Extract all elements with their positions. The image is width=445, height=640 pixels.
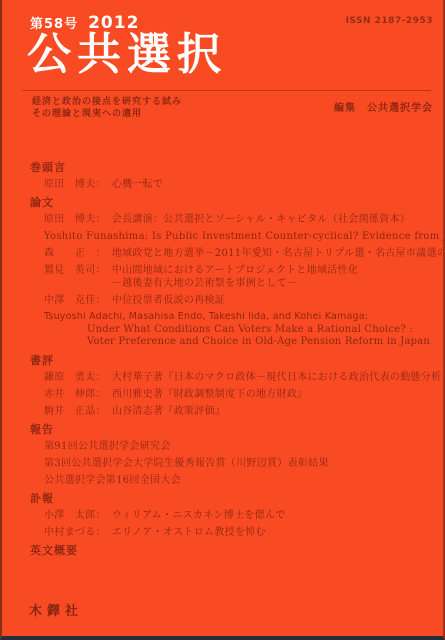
- toc-item-author: 森 正 ：: [44, 247, 106, 260]
- toc-item-author: 鷲見 英司：: [44, 264, 106, 290]
- toc-item-title: 第3回公共選択学会大学院生優秀報告賞（川野辺賞）表彰結果: [44, 457, 329, 470]
- journal-cover: 第58号2012 ISSN 2187-2953 公共選択 経済と政治の接点を研究…: [0, 0, 445, 640]
- english-authors: Tsuyoshi Adachi, Masahisa Endo, Takeshi …: [30, 311, 435, 324]
- toc-item: 原田 博夫： 心機一転で: [30, 178, 435, 191]
- section-heading: 論文: [30, 196, 435, 209]
- section-heading: 訃報: [30, 492, 435, 505]
- table-of-contents: 巻頭言 原田 博夫： 心機一転で 論文 原田 博夫： 会長講演：公共選択とソーシ…: [30, 161, 435, 562]
- section-fuho: 訃報 小澤 太郎： ウィリアム・ニスカネン博士を偲んで 中村まづる： エリノア・…: [30, 492, 435, 539]
- toc-item-author: 赤井 伸郎：: [44, 388, 106, 401]
- toc-item-title: 第91回公共選択学会研究会: [44, 440, 171, 453]
- toc-item-title-line-2: －越後妻有大地の芸術祭を事例として－: [112, 277, 358, 290]
- toc-item-title: 公共選択学会第16回全国大会: [44, 474, 181, 487]
- toc-item-author: 鎌原 勇太：: [44, 371, 106, 384]
- english-title-line-1: Under What Conditions Can Voters Make a …: [30, 324, 435, 337]
- section-ronbun: 論文 原田 博夫： 会長講演：公共選択とソーシャル・キャピタル（社会関係資本） …: [30, 196, 435, 349]
- toc-item-title: 地域政党と地方選挙－2011年愛知・名古屋トリプル選・名古屋市議選の分析: [112, 247, 445, 260]
- section-heading: 巻頭言: [30, 161, 435, 174]
- section-shohyo: 書評 鎌原 勇太： 大村華子著『日本のマクロ政体－現代日本における政治代表の動態…: [30, 354, 435, 418]
- toc-item: 原田 博夫： 会長講演：公共選択とソーシャル・キャピタル（社会関係資本）: [30, 213, 435, 226]
- publisher-name: 木鐸社: [29, 600, 83, 619]
- subtitle-line-1: 経済と政治の接点を研究する試み: [32, 97, 182, 107]
- section-hokoku: 報告 第91回公共選択学会研究会 第3回公共選択学会大学院生優秀報告賞（川野辺賞…: [30, 423, 435, 487]
- toc-item-title-line-1: 中山間地域におけるアートプロジェクトと地域活性化: [112, 264, 358, 277]
- toc-item-title: ウィリアム・ニスカネン博士を偲んで: [112, 509, 286, 522]
- section-kantogen: 巻頭言 原田 博夫： 心機一転で: [30, 161, 435, 191]
- toc-item-title: エリノア・オストロム教授を悼む: [112, 526, 266, 539]
- toc-item-author: 小澤 太郎：: [44, 509, 106, 522]
- toc-item-author: 原田 博夫：: [44, 213, 106, 226]
- toc-item-author: 中村まづる：: [44, 526, 106, 539]
- toc-item: Yoshito Funashima: Is Public Investment …: [30, 230, 435, 243]
- subtitle-line-2: その理論と現実への適用: [32, 109, 142, 119]
- section-heading: 書評: [30, 354, 435, 367]
- toc-item: 鷲見 英司： 中山間地域におけるアートプロジェクトと地域活性化 －越後妻有大地の…: [30, 264, 435, 290]
- section-heading: 英文概要: [30, 544, 435, 557]
- journal-title: 公共選択: [27, 30, 227, 81]
- toc-item-title: 中位投票者仮説の再検証: [112, 294, 225, 307]
- toc-item: 鎌原 勇太： 大村華子著『日本のマクロ政体－現代日本における政治代表の動態分析－…: [30, 371, 435, 384]
- toc-item: 中澤 克佳： 中位投票者仮説の再検証: [30, 294, 435, 307]
- toc-item: 公共選択学会第16回全国大会: [30, 474, 435, 487]
- toc-item-title: 心機一転で: [112, 178, 164, 191]
- toc-item-english: Tsuyoshi Adachi, Masahisa Endo, Takeshi …: [30, 311, 435, 349]
- toc-item-title: 中山間地域におけるアートプロジェクトと地域活性化 －越後妻有大地の芸術祭を事例と…: [112, 264, 358, 290]
- title-divider: [22, 90, 431, 91]
- journal-subtitle: 経済と政治の接点を研究する試み その理論と現実への適用: [32, 97, 182, 120]
- section-eibun-gaiyo: 英文概要: [30, 544, 435, 557]
- toc-item: 森 正 ： 地域政党と地方選挙－2011年愛知・名古屋トリプル選・名古屋市議選の…: [30, 247, 435, 260]
- english-title-line-2: Voter Preference and Choice in Old-Age P…: [30, 336, 435, 349]
- toc-item: 中村まづる： エリノア・オストロム教授を悼む: [30, 526, 435, 539]
- editor-credit: 編集 公共選択学会: [334, 99, 433, 114]
- issn-label: ISSN 2187-2953: [346, 16, 433, 26]
- toc-item-title: 山谷清志著『政策評価』: [112, 405, 225, 418]
- toc-item-title: 西川雅史著『財政調整制度下の地方財政』: [112, 388, 308, 401]
- toc-item: 小澤 太郎： ウィリアム・ニスカネン博士を偲んで: [30, 509, 435, 522]
- toc-item-title: Yoshito Funashima: Is Public Investment …: [44, 230, 445, 243]
- toc-item-title: 大村華子著『日本のマクロ政体－現代日本における政治代表の動態分析－』: [112, 371, 445, 384]
- toc-item-title: 会長講演：公共選択とソーシャル・キャピタル（社会関係資本）: [112, 213, 410, 226]
- toc-item: 第91回公共選択学会研究会: [30, 440, 435, 453]
- toc-item-author: 原田 博夫：: [44, 178, 106, 191]
- toc-item-author: 中澤 克佳：: [44, 294, 106, 307]
- section-heading: 報告: [30, 423, 435, 436]
- toc-item: 駒井 正晶： 山谷清志著『政策評価』: [30, 405, 435, 418]
- toc-item: 第3回公共選択学会大学院生優秀報告賞（川野辺賞）表彰結果: [30, 457, 435, 470]
- toc-item: 赤井 伸郎： 西川雅史著『財政調整制度下の地方財政』: [30, 388, 435, 401]
- toc-item-author: 駒井 正晶：: [44, 405, 106, 418]
